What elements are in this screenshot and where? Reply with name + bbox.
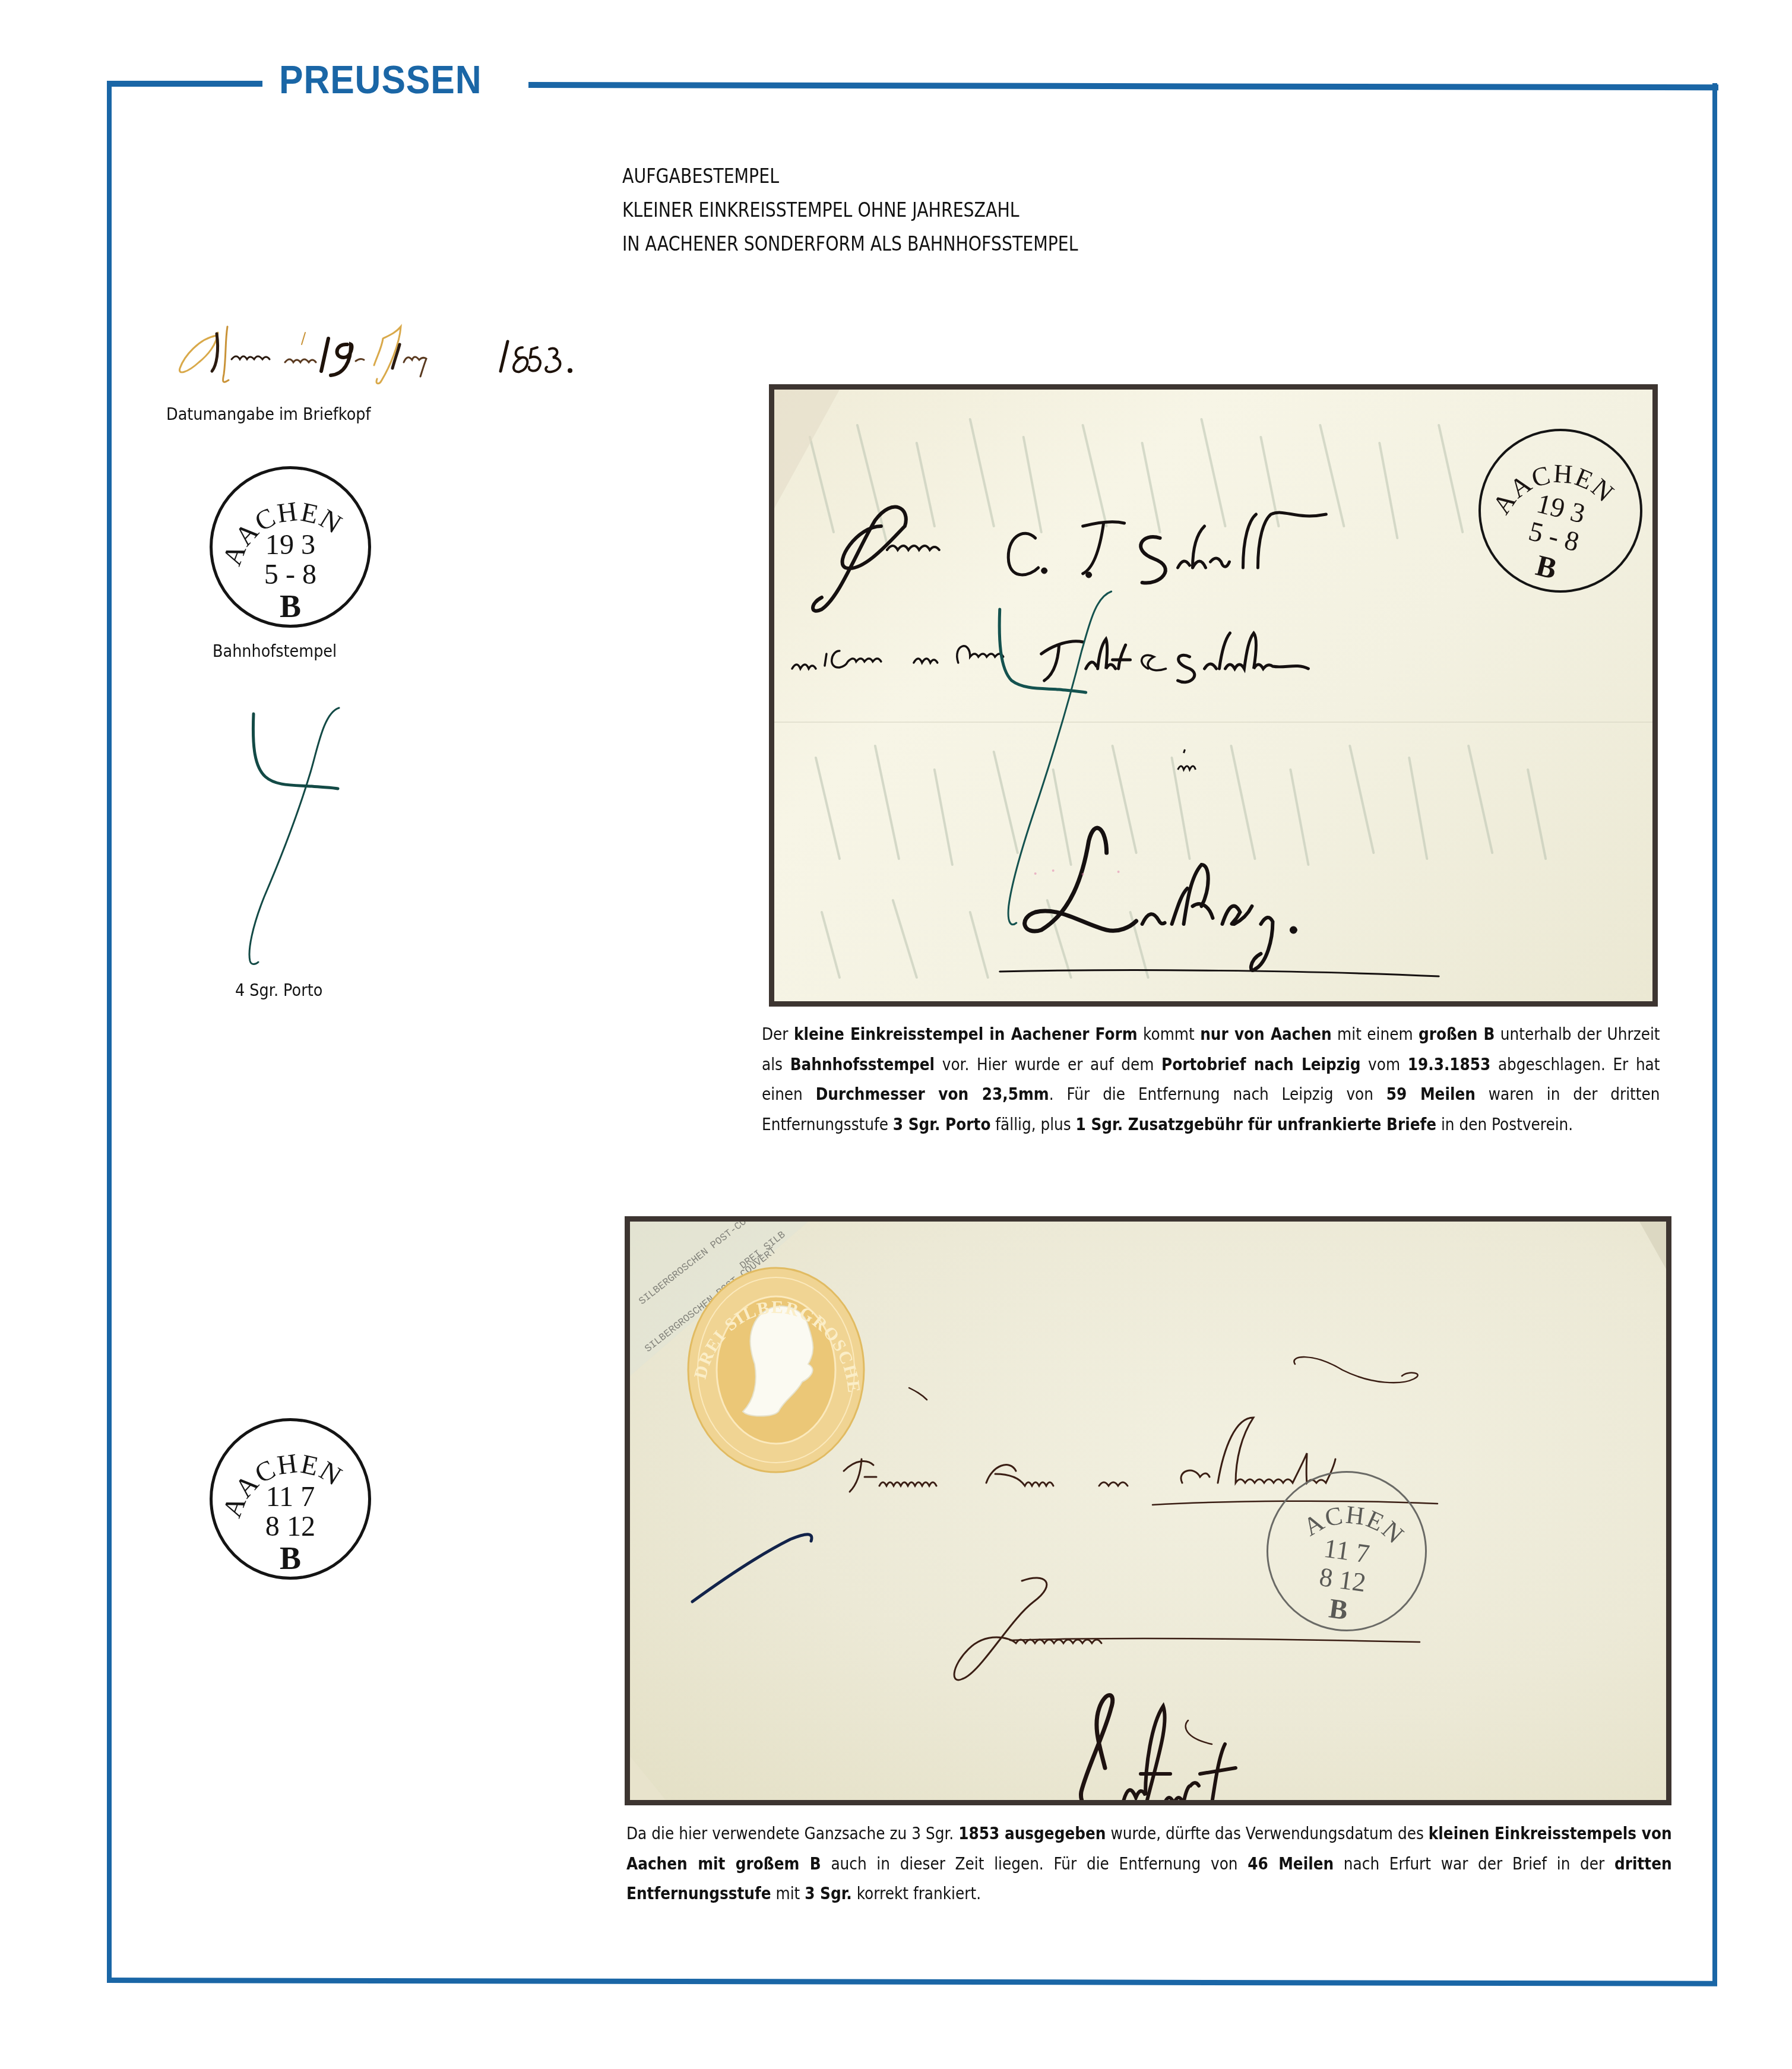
cover-1-description: Der kleine Einkreisstempel in Aachener F… xyxy=(762,1019,1660,1139)
page-title: PREUSSEN xyxy=(279,57,482,102)
porto-mark-4 xyxy=(223,701,365,974)
postmark-date: 19 3 xyxy=(265,529,315,561)
frame-right-edge xyxy=(1712,83,1717,1983)
cover-2-description-text: Da die hier verwendete Ganzsache zu 3 Sg… xyxy=(626,1818,1672,1909)
postmark-time: 5 - 8 xyxy=(264,559,316,590)
cover-portobrief-leipzig: AACHEN 19 3 5 - 8 B xyxy=(769,384,1658,1007)
heading-line-3: IN AACHENER SONDERFORM ALS BAHNHOFSSTEMP… xyxy=(622,227,1078,261)
emphasis-text: 1 Sgr. Zusatzgebühr für unfrankierte Bri… xyxy=(1076,1114,1437,1134)
frame-bottom-edge xyxy=(107,1978,1717,1986)
postmark-caption: Bahnhofstempel xyxy=(213,641,337,661)
body-text: auch in dieser Zeit liegen. Für die Entf… xyxy=(821,1853,1248,1874)
emphasis-text: nur von Aachen xyxy=(1200,1024,1331,1044)
body-text: vor. Hier wurde er auf dem xyxy=(935,1054,1161,1074)
manuscript-date xyxy=(175,321,769,389)
emphasis-text: großen B xyxy=(1419,1024,1495,1044)
body-text: kommt xyxy=(1138,1024,1201,1044)
emphasis-text: 19.3.1853 xyxy=(1408,1054,1491,1074)
frame-left-edge xyxy=(107,81,112,1981)
heading-line-2: KLEINER EINKREISSTEMPEL OHNE JAHRESZAHL xyxy=(622,193,1078,227)
body-text: in den Postverein. xyxy=(1436,1114,1573,1134)
heading-line-1: AUFGABESTEMPEL xyxy=(622,159,1078,193)
body-text: korrekt frankiert. xyxy=(852,1883,981,1903)
postmark-letter: B xyxy=(280,1540,301,1576)
postmark-date: 11 7 xyxy=(266,1481,315,1513)
body-text: mit einem xyxy=(1332,1024,1419,1044)
body-text: fällig, plus xyxy=(990,1114,1075,1134)
postmark-letter: B xyxy=(1327,1593,1350,1627)
emphasis-text: 59 Meilen xyxy=(1386,1084,1476,1104)
postmark-letter: B xyxy=(280,589,301,624)
frame-top-left-segment xyxy=(107,81,262,87)
body-text: nach Erfurt war der Brief in der xyxy=(1334,1853,1614,1874)
body-text: vom xyxy=(1360,1054,1407,1074)
postmark-letter: B xyxy=(1533,548,1560,585)
body-text: mit xyxy=(771,1883,805,1903)
porto-caption: 4 Sgr. Porto xyxy=(235,980,322,1000)
postmark-time: 8 12 xyxy=(1318,1562,1368,1597)
frame-top-right-segment xyxy=(528,82,1718,90)
body-text: Da die hier verwendete Ganzsache zu 3 Sg… xyxy=(626,1823,958,1843)
cover-1-description-text: Der kleine Einkreisstempel in Aachener F… xyxy=(762,1019,1660,1139)
date-caption: Datumangabe im Briefkopf xyxy=(166,404,371,424)
cover-2-description: Da die hier verwendete Ganzsache zu 3 Sg… xyxy=(626,1818,1671,1909)
postmark-aachen-11-7: AACHEN 11 7 8 12 B xyxy=(210,1418,371,1580)
cover-postmark-aachen: ACHEN 11 7 8 12 B xyxy=(1256,1461,1438,1642)
emphasis-text: 1853 ausgegeben xyxy=(958,1823,1106,1843)
body-text: Der xyxy=(762,1024,794,1044)
emphasis-text: Durchmesser von 23,5mm xyxy=(816,1084,1049,1104)
body-text: wurde, dürfte das Verwendungsdatum des xyxy=(1106,1823,1428,1843)
body-text: . Für die Entfernung nach Leipzig von xyxy=(1049,1084,1386,1104)
postmark-aachen-19-3: AACHEN 19 3 5 - 8 B xyxy=(210,466,371,628)
emphasis-text: kleine Einkreisstempel in Aachener Form xyxy=(794,1024,1138,1044)
cover-ganzsache-erfurt: SILBERGROSCHEN POST-COUVERT SILBERGROSCH… xyxy=(625,1216,1671,1805)
emphasis-text: 3 Sgr. xyxy=(805,1883,852,1903)
exhibit-heading: AUFGABESTEMPEL KLEINER EINKREISSTEMPEL O… xyxy=(622,159,1078,261)
postmark-time: 8 12 xyxy=(265,1511,315,1542)
emphasis-text: 3 Sgr. Porto xyxy=(893,1114,991,1134)
emphasis-text: Bahnhofsstempel xyxy=(790,1054,935,1074)
emphasis-text: 46 Meilen xyxy=(1248,1853,1334,1874)
emphasis-text: Portobrief nach Leipzig xyxy=(1161,1054,1360,1074)
